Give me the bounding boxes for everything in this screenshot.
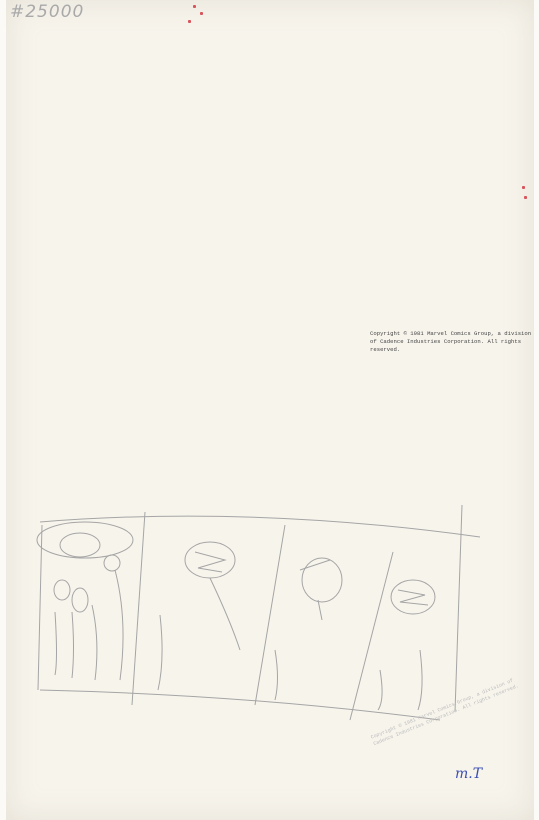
pencil-thumbnail-sketch: [0, 0, 539, 820]
handwritten-initials: m.T: [455, 766, 482, 782]
